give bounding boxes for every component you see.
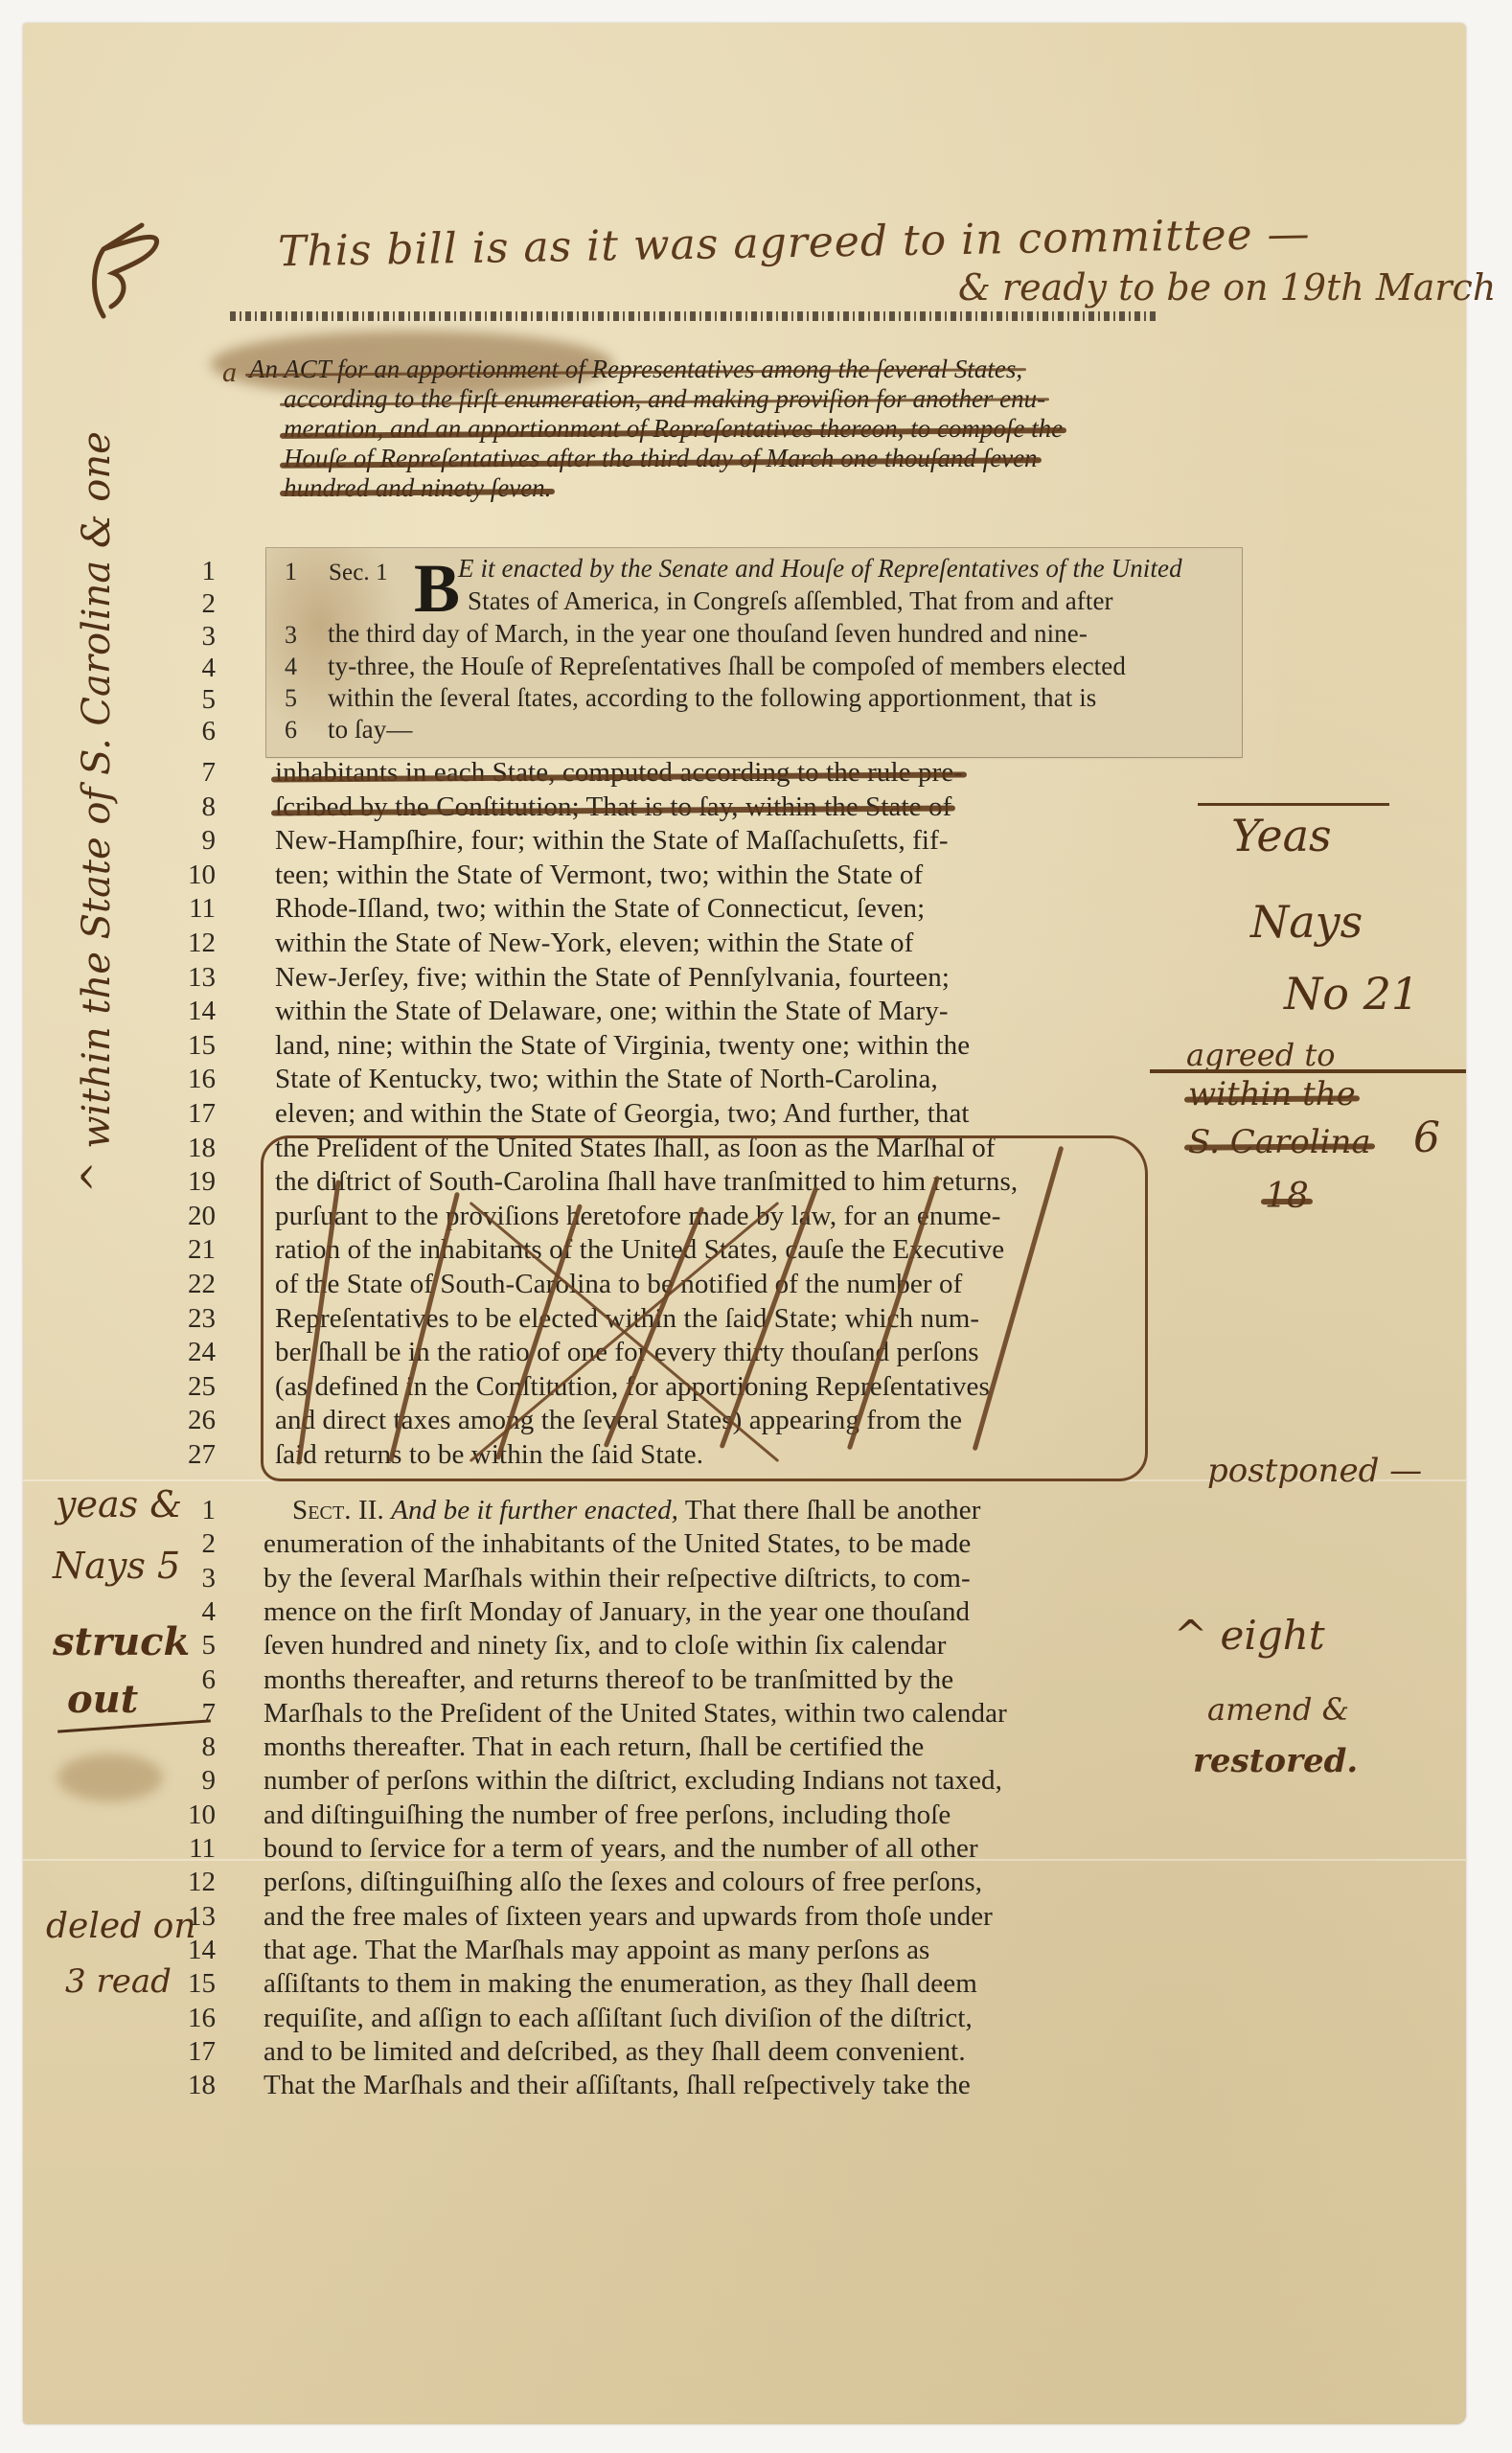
line-number: 2	[177, 1528, 216, 1560]
line-number: 21	[177, 1234, 216, 1266]
ornamental-rule	[230, 311, 1159, 321]
margin-note-vertical: ^ within the State of S. Carolina & one	[75, 431, 119, 1193]
line-number: 4	[177, 653, 216, 684]
margin-note-restored: restored.	[1193, 1742, 1358, 1780]
margin-note-struck-carolina: S. Carolina	[1188, 1123, 1371, 1161]
margin-marker-a: a	[222, 356, 237, 389]
section-2-line: months thereafter, and returns thereof t…	[263, 1664, 953, 1696]
line-number: 16	[177, 2003, 216, 2034]
line-number: 11	[177, 893, 216, 925]
section-2-label: Sect. II.	[292, 1495, 384, 1525]
section-2-line: bound to ſervice for a term of years, an…	[263, 1833, 978, 1865]
line-number: 18	[177, 1133, 216, 1164]
patch-line-3: the third day of March, in the year one …	[328, 619, 1088, 649]
title-line-2: according to the firſt enumeration, and …	[284, 384, 1045, 413]
line-number: 8	[177, 1731, 216, 1763]
line-number: 1	[177, 1495, 216, 1526]
patch-line-4: ty-three, the Houſe of Repreſentatives ſ…	[328, 652, 1126, 681]
margin-note-postponed: postponed —	[1207, 1452, 1422, 1490]
section-2-line: months thereafter. That in each return, …	[263, 1731, 924, 1763]
margin-note-struck-within: within the	[1188, 1075, 1356, 1113]
section-2-line: by the ſeveral Marſhals within their reſ…	[263, 1563, 971, 1594]
manicule-icon	[84, 216, 218, 321]
line-number: 10	[177, 1800, 216, 1831]
line-number: 9	[177, 825, 216, 857]
patch-line-6: to ſay—	[328, 715, 412, 745]
section-1-line: teen; within the State of Vermont, two; …	[275, 860, 923, 891]
line-number: 9	[177, 1765, 216, 1797]
margin-note-deled: deled on	[46, 1907, 196, 1946]
section-1-line: inhabitants in each State, computed acco…	[275, 757, 963, 789]
margin-note-yeas: yeas &	[56, 1483, 182, 1525]
line-number: 3	[177, 1563, 216, 1594]
margin-strike	[1198, 803, 1389, 806]
margin-note-right-no: No 21	[1284, 968, 1419, 1020]
patch-line-1: E it enacted by the Senate and Houſe of …	[458, 554, 1182, 584]
patch-line-number: 3	[259, 621, 297, 650]
line-number: 7	[177, 1698, 216, 1730]
line-number: 7	[177, 757, 216, 789]
line-number: 2	[177, 588, 216, 620]
line-number: 18	[177, 2070, 216, 2101]
section-2-intro: And be it further enacted,	[391, 1495, 678, 1525]
line-number: 8	[177, 791, 216, 823]
line-number: 17	[177, 2036, 216, 2068]
line-number: 11	[177, 1833, 216, 1865]
line-number: 23	[177, 1303, 216, 1335]
line-number: 24	[177, 1337, 216, 1368]
section-2-line: and diſtinguiſhing the number of free pe…	[263, 1800, 951, 1831]
section-2-line: number of perſons within the diſtrict, e…	[263, 1765, 1002, 1797]
line-number: 22	[177, 1269, 216, 1300]
margin-note-nays: Nays 5	[53, 1545, 180, 1587]
handwritten-header-line2: & ready to be on 19th March	[958, 266, 1496, 309]
section-1-line: land, nine; within the State of Virginia…	[275, 1030, 970, 1062]
act-title: An ACT for an apportionment of Represent…	[249, 355, 1226, 503]
section-2-line: ſeven hundred and ninety ſix, and to clo…	[263, 1630, 946, 1662]
section-2-line: enumeration of the inhabitants of the Un…	[263, 1528, 971, 1560]
line-number: 20	[177, 1201, 216, 1232]
patch-line-2: States of America, in Congreſs aſſembled…	[468, 586, 1113, 616]
section-2-heading-line: Sect. II. And be it further enacted, Tha…	[292, 1495, 981, 1526]
section-2-line: that age. That the Marſhals may appoint …	[263, 1935, 929, 1966]
title-line-5: hundred and ninety ſeven.	[284, 473, 551, 502]
patch-line-number: 4	[259, 653, 297, 681]
margin-note-agreed: agreed to	[1186, 1037, 1336, 1073]
section-2-line: and the free males of ſixteen years and …	[263, 1901, 993, 1933]
drop-cap: B	[414, 554, 460, 623]
section-2-line: That the Marſhals and their aſſiſtants, …	[263, 2070, 971, 2101]
margin-note-struck-18: 18	[1265, 1177, 1309, 1216]
title-line-4: Houſe of Repreſentatives after the third…	[284, 444, 1038, 472]
line-number: 10	[177, 860, 216, 891]
section-2-line: and to be limited and deſcribed, as they…	[263, 2036, 966, 2068]
line-number: 3	[177, 621, 216, 653]
line-number: 12	[177, 1867, 216, 1898]
line-number: 16	[177, 1064, 216, 1095]
section-1-line: ſcribed by the Conſtitution; That is to …	[275, 791, 951, 823]
margin-note-right-nays: Nays	[1250, 896, 1363, 948]
patch-line-number: 1	[259, 558, 297, 586]
line-number: 27	[177, 1439, 216, 1471]
ink-stain	[57, 1754, 163, 1801]
patch-line-number: 5	[259, 684, 297, 713]
section-2-line: mence on the firſt Monday of January, in…	[263, 1596, 970, 1628]
margin-note-3read: 3 read	[65, 1962, 172, 2001]
line-number: 1	[177, 556, 216, 587]
line-number: 12	[177, 928, 216, 959]
margin-note-out: out	[67, 1677, 138, 1722]
section-1-label: Sec. 1	[329, 560, 388, 586]
line-number: 13	[177, 962, 216, 994]
section-1-line: Rhode-Iſland, two; within the State of C…	[275, 893, 925, 925]
section-2-line: requiſite, and aſſign to each aſſiſtant …	[263, 2003, 973, 2034]
title-line-1: An ACT for an apportionment of Represent…	[249, 355, 1022, 383]
margin-note-eight: ^ eight	[1174, 1612, 1325, 1659]
section-1-line: State of Kentucky, two; within the State…	[275, 1064, 938, 1095]
line-number: 26	[177, 1405, 216, 1436]
margin-rule	[1150, 1069, 1466, 1073]
title-line-3: meration, and an apportionment of Repreſ…	[284, 414, 1063, 443]
line-number: 5	[177, 684, 216, 716]
section-1-line: New-Hampſhire, four; within the State of…	[275, 825, 949, 857]
section-1-line: within the State of New-York, eleven; wi…	[275, 928, 913, 959]
patch-line-number: 6	[259, 716, 297, 745]
section-1-line: New-Jerſey, five; within the State of Pe…	[275, 962, 950, 994]
section-1-line: within the State of Delaware, one; withi…	[275, 996, 949, 1027]
line-number: 17	[177, 1098, 216, 1130]
margin-note-amend: amend &	[1207, 1691, 1349, 1728]
margin-note-right-yeas: Yeas	[1231, 810, 1332, 861]
margin-note-struck: struck	[53, 1619, 190, 1664]
patch-line-5: within the ſeveral ſtates, according to …	[328, 683, 1096, 713]
section-2-line: Marſhals to the Preſident of the United …	[263, 1698, 1007, 1730]
line-number: 15	[177, 1968, 216, 2000]
line-number: 15	[177, 1030, 216, 1062]
line-number: 19	[177, 1166, 216, 1198]
section-2-line: aſſiſtants to them in making the enumera…	[263, 1968, 977, 2000]
line-number: 14	[177, 996, 216, 1027]
section-2-line: perſons, diſtinguiſhing alſo the ſexes a…	[263, 1867, 982, 1898]
line-number: 25	[177, 1371, 216, 1403]
section-1-line: eleven; and within the State of Georgia,…	[275, 1098, 970, 1130]
margin-note-six: 6	[1413, 1113, 1440, 1162]
line-number: 6	[177, 716, 216, 747]
line-number: 6	[177, 1664, 216, 1696]
